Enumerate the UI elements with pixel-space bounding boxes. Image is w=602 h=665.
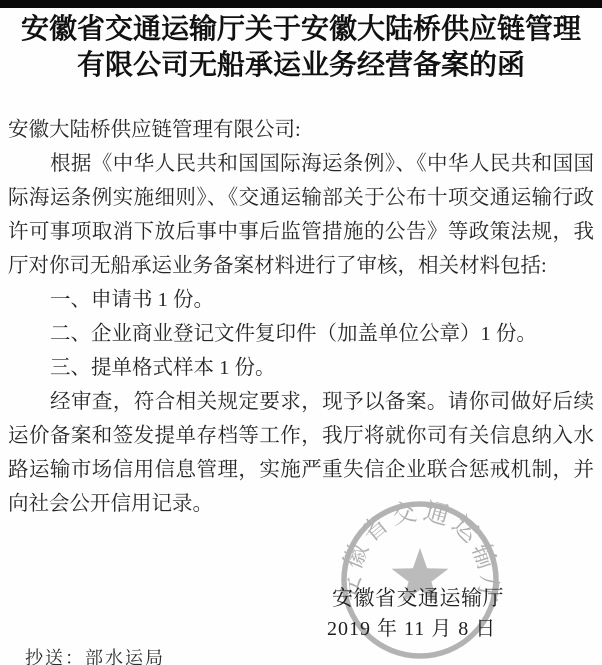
scan-artifact-bar — [0, 0, 602, 8]
salutation: 安徽大陆桥供应链管理有限公司: — [8, 113, 594, 147]
list-item: 一、申请书 1 份。 — [8, 283, 594, 317]
document-title: 安徽省交通运输厅关于安徽大陆桥供应链管理 有限公司无船承运业务经营备案的函 — [0, 12, 602, 84]
issuer-signature: 安徽省交通运输厅 — [332, 586, 504, 610]
body-line: 运价备案和签发提单存档等工作，我厅将就你司有关信息纳入水 — [8, 419, 594, 453]
body-line: 根据《中华人民共和国国际海运条例》、《中华人民共和国国 — [8, 147, 594, 181]
body-line: 向社会公开信用记录。 — [8, 487, 594, 521]
list-item: 二、企业商业登记文件复印件（加盖单位公章）1 份。 — [8, 317, 594, 351]
body-line: 路运输市场信用信息管理，实施严重失信企业联合惩戒机制，并 — [8, 453, 594, 487]
list-item: 三、提单格式样本 1 份。 — [8, 351, 594, 385]
body-line: 许可事项取消下放后事中事后监管措施的公告》等政策法规，我 — [8, 215, 594, 249]
body-line: 经审查，符合相关规定要求，现予以备案。请你司做好后续 — [8, 385, 594, 419]
body-line: 际海运条例实施细则》、《交通运输部关于公布十项交通运输行政 — [8, 181, 594, 215]
body-line: 厅对你司无船承运业务备案材料进行了审核，相关材料包括: — [8, 249, 594, 283]
letter-body: 安徽大陆桥供应链管理有限公司: 根据《中华人民共和国国际海运条例》、《中华人民共… — [8, 113, 594, 521]
cc-recipients: 抄送：部水运局 — [25, 646, 165, 665]
document-title-line1: 安徽省交通运输厅关于安徽大陆桥供应链管理 — [0, 12, 602, 48]
document-title-line2: 有限公司无船承运业务经营备案的函 — [0, 48, 602, 84]
issue-date: 2019 年 11 月 8 日 — [327, 617, 496, 641]
